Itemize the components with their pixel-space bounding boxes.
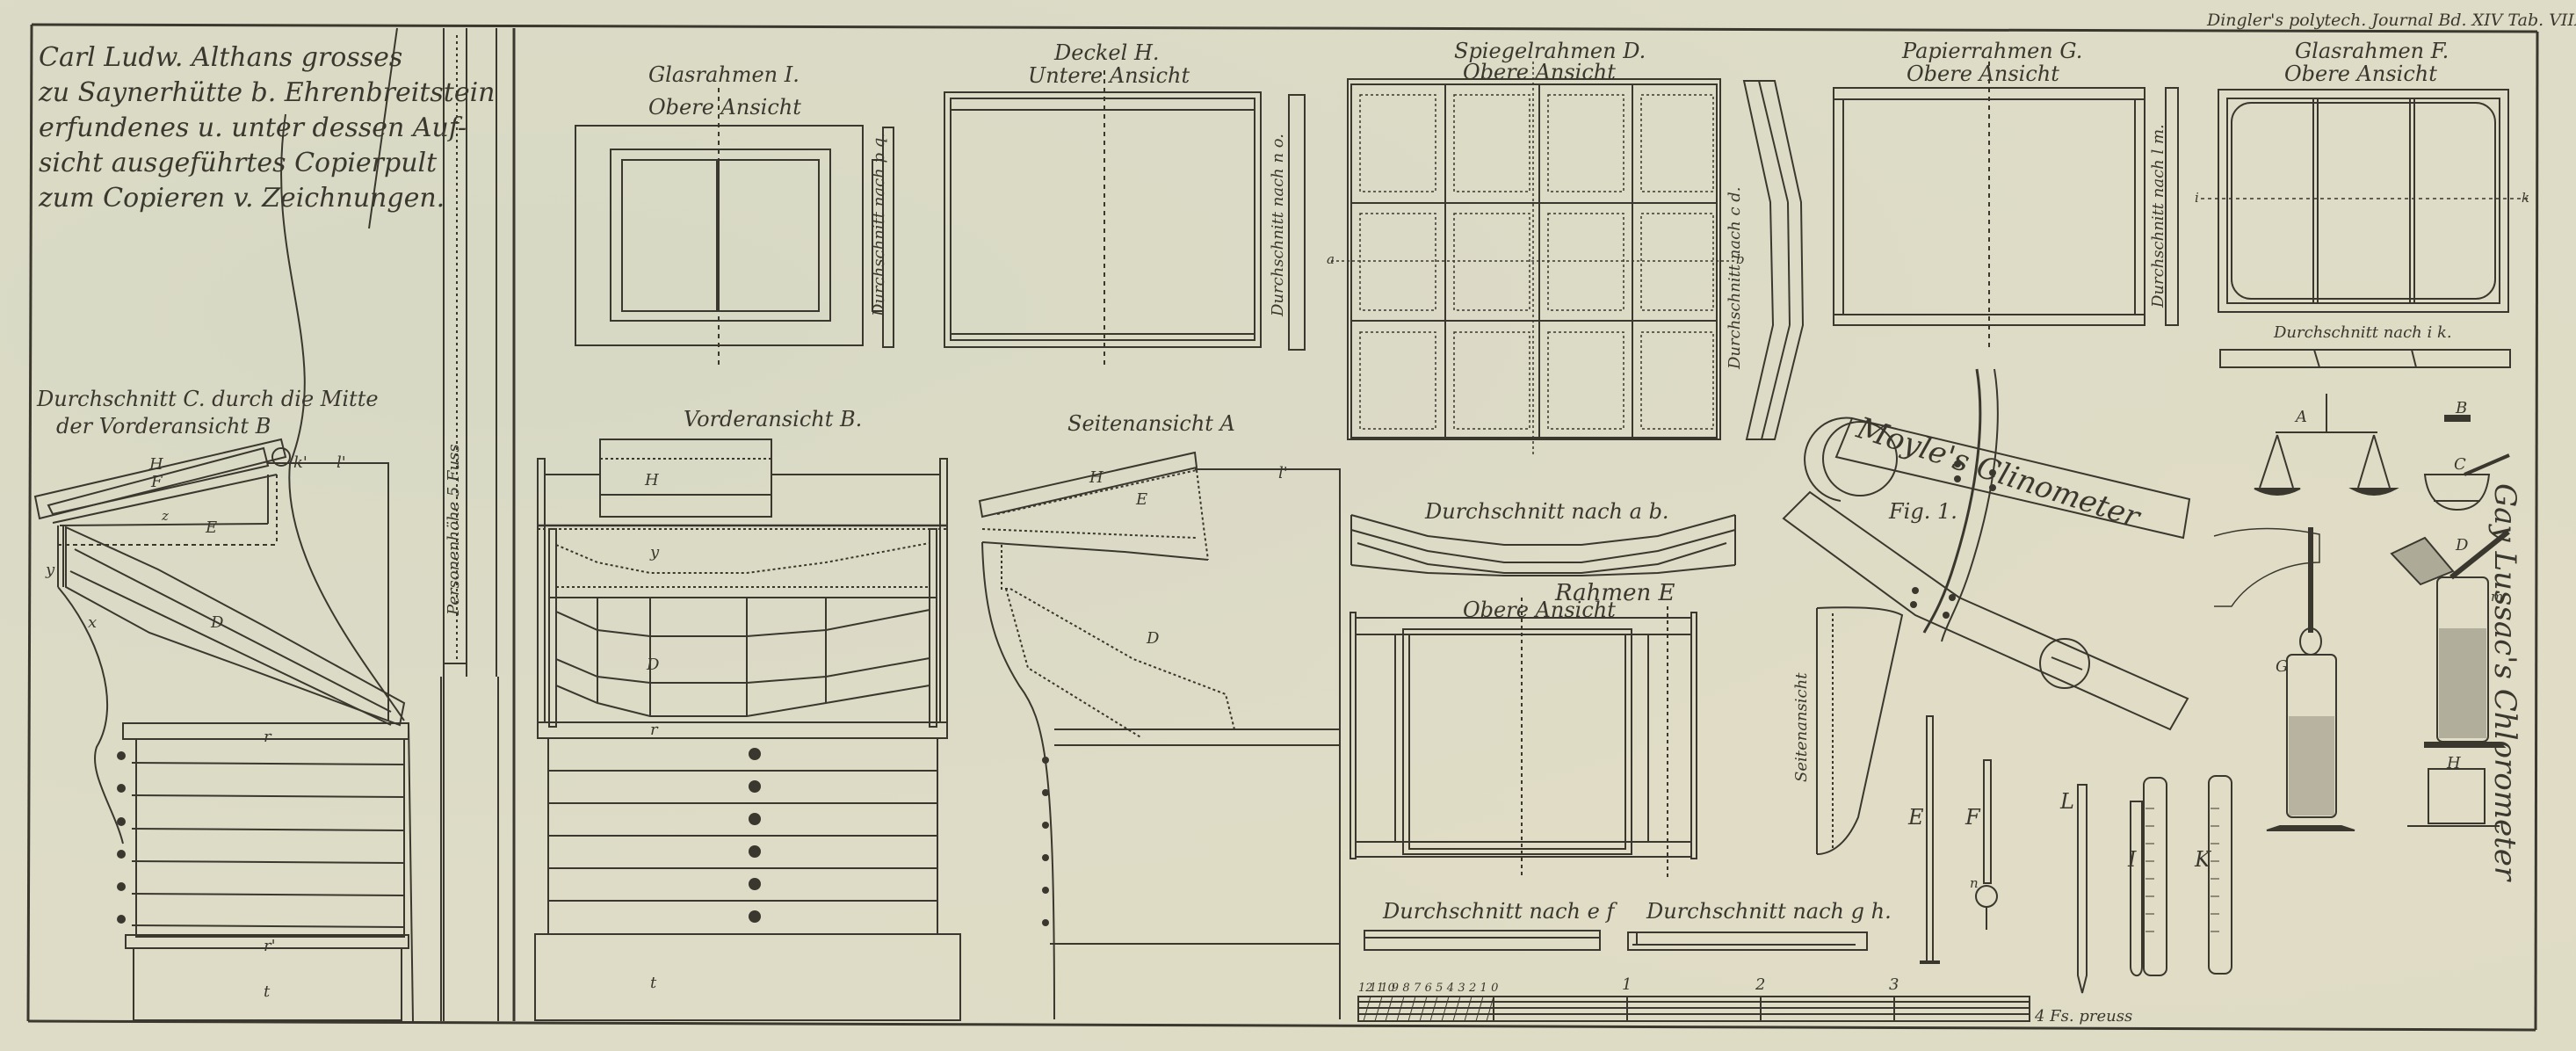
chlorometer-label-G: G [2276,659,2288,675]
chlorometer-label-B: B [2456,401,2467,417]
glasrahmen-f-section-label: Durchschnitt nach i k. [2274,325,2452,341]
vorderansicht-b-title: Vorderansicht B. [684,409,862,430]
glasrahmen-i-drawing [575,88,894,369]
section-c-label-r: r [264,729,271,745]
scale-major-2: 2 [1755,977,1765,993]
glasrahmen-i-section-label: Durchschnitt nach p q. [872,133,887,316]
seitenansicht-a-label-D: D [1147,631,1159,647]
title-line-5: zum Copieren v. Zeichnungen. [39,181,496,216]
scale-tick: 9 [1392,982,1403,995]
instrument-label-K: K [2195,849,2211,870]
scale-tick: 6 [1425,982,1436,995]
section-c-label-H: H [149,457,163,473]
glasrahmen-i-title: Glasrahmen I. [648,64,800,85]
vorderansicht-b-label-r: r [650,722,658,738]
title-block: Carl Ludw. Althans grosses zu Saynerhütt… [39,40,496,216]
title-line-2: zu Saynerhütte b. Ehrenbreitstein [39,76,496,111]
chlorometer-label-C: C [2454,457,2466,473]
instrument-label-F: F [1965,807,1980,828]
section-c-label-F: F [151,475,163,490]
section-c-label-x: x [88,615,97,631]
chlorometer-label-m: m [2491,591,2503,604]
clinometer-drawing [1784,369,2189,729]
glasrahmen-i-subtitle: Obere Ansicht [648,97,801,118]
scale-tick: 2 [1469,982,1480,995]
chlorometer-label-A: A [2296,410,2307,425]
title-line-1: Carl Ludw. Althans grosses [39,40,496,76]
journal-reference: Dingler's polytech. Journal Bd. XIV Tab.… [2207,12,2576,29]
section-c-title-1: Durchschnitt C. durch die Mitte [37,388,379,410]
scale-tick: 8 [1402,982,1414,995]
section-ab-title: Durchschnitt nach a b. [1425,501,1669,522]
scale-tick: 7 [1414,982,1425,995]
instruments-drawing [1920,716,2232,993]
instrument-label-E: E [1908,807,1924,828]
spiegelrahmen-d-title: Spiegelrahmen D. [1454,40,1646,62]
seitenansicht-a-label-H: H [1089,470,1103,486]
rahmen-e-subtitle: Obere Ansicht [1463,599,1616,620]
papierrahmen-g-drawing [1834,62,2178,352]
title-line-3: erfundenes u. unter dessen Auf- [39,111,496,146]
seitenansicht-a-title: Seitenansicht A [1067,413,1235,434]
clinometer-fig-label: Fig. 1. [1889,501,1957,522]
spiegelrahmen-d-section-label: Durchschnitt nach c d. [1727,186,1743,369]
seitenansicht-a-label-E: E [1136,492,1147,508]
vorderansicht-b-label-H: H [645,473,659,489]
section-gh-title: Durchschnitt nach g h. [1646,901,1892,922]
papierrahmen-g-title: Papierrahmen G. [1902,40,2082,62]
section-ab-drawing [1351,515,1735,576]
scale-minor-ticks: 12 11 10 9 8 7 6 5 4 3 2 1 0 [1358,982,1502,995]
scale-tick: 3 [1458,982,1469,995]
glasrahmen-f-axis-k: k [2522,192,2529,205]
glasrahmen-f-title: Glasrahmen F. [2295,40,2449,62]
section-c-label-r2: r' [264,939,276,954]
vorderansicht-b-label-y: y [650,545,659,561]
scale-tick: 5 [1436,982,1447,995]
glasrahmen-f-axis-i: i [2195,192,2199,205]
scale-unit-label: 4 Fs. preuss [2035,1009,2132,1025]
deckel-h-drawing [944,70,1305,369]
vorderansicht-b-label-D: D [647,657,659,673]
glasrahmen-f-subtitle: Obere Ansicht [2284,63,2437,84]
scale-tick: 12 [1358,982,1370,995]
title-line-4: sicht ausgeführtes Copierpult [39,146,496,181]
instrument-label-L: L [2060,791,2074,812]
seitenansicht-a-drawing [980,453,1340,1019]
scale-tick: 11 [1370,982,1381,995]
instrument-label-n: n [1970,877,1979,890]
height-marker-label: Personenhöhe 5 Fuss [446,444,462,615]
spiegelrahmen-d-axis-a: a [1327,253,1335,266]
instrument-label-I: I [2128,849,2136,870]
scale-tick: 10 [1380,982,1392,995]
scale-major-1: 1 [1622,977,1632,993]
section-c-label-y: y [46,562,54,578]
vorderansicht-b-drawing [535,439,960,1020]
scale-tick: 1 [1480,982,1492,995]
seitenansicht-a-label-l: l' [1278,466,1288,482]
section-c-title-2: der Vorderansicht B [56,416,271,437]
section-c-label-k: k' [293,455,308,471]
section-c-label-D: D [211,615,223,631]
scale-bar-drawing [1358,997,2030,1021]
papierrahmen-g-subtitle: Obere Ansicht [1907,63,2059,84]
rahmen-e-drawing [1350,598,1902,879]
scale-tick: 0 [1491,982,1502,995]
deckel-h-subtitle: Untere Ansicht [1028,65,1190,86]
papierrahmen-g-section-label: Durchschnitt nach l m. [2151,124,2167,308]
section-c-drawing [35,114,441,1021]
vorderansicht-b-label-t: t [650,975,656,991]
section-ef-title: Durchschnitt nach e f [1383,901,1614,922]
chlorometer-title: Gay Lussac's Chlorometer [2490,483,2520,881]
section-c-label-l: l' [336,455,346,471]
rahmen-e-side-view-label: Seitenansicht [1794,673,1810,782]
scale-tick: 4 [1447,982,1458,995]
spiegelrahmen-d-subtitle: Obere Ansicht [1463,62,1616,83]
chlorometer-label-H: H [2447,756,2461,772]
spiegelrahmen-d-axis-b: b [1736,253,1745,266]
scale-major-3: 3 [1889,977,1899,993]
chlorometer-label-D: D [2456,538,2468,554]
section-c-label-E: E [206,520,217,536]
section-c-label-z: z [162,510,169,523]
sections-ef-gh-drawing [1364,931,1867,950]
section-c-label-t: t [264,984,270,1000]
deckel-h-title: Deckel H. [1054,42,1160,63]
deckel-h-section-label: Durchschnitt nach n o. [1270,134,1286,316]
